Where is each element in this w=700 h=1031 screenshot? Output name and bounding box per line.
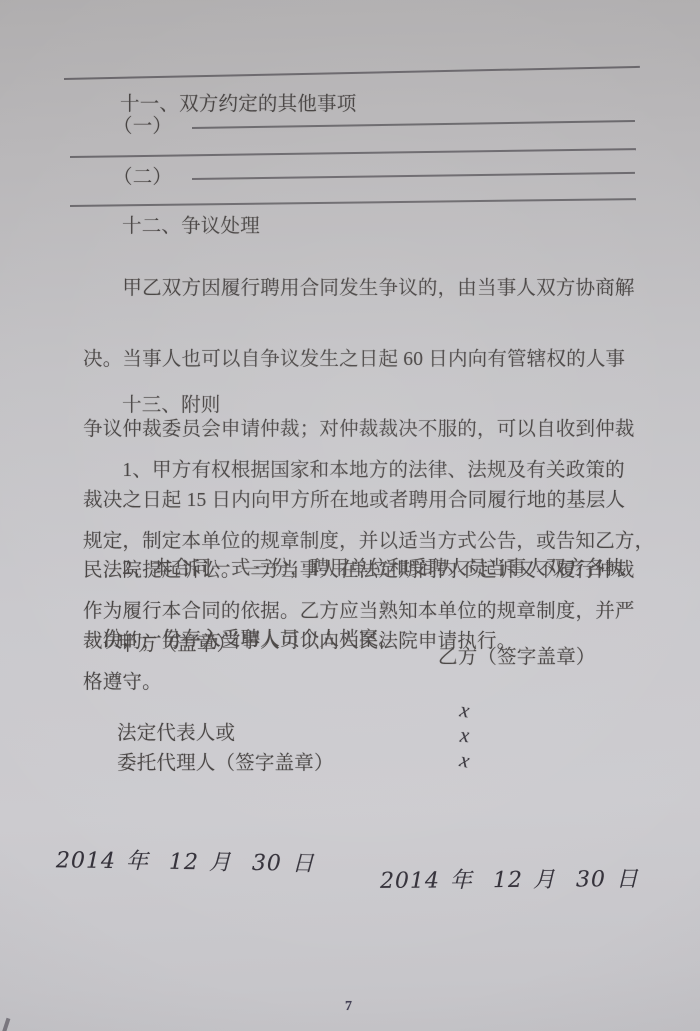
- item-1-blank-line: [192, 120, 635, 129]
- paragraph-line: 1、甲方有权根据国家和本地方的法律、法规及有关政策的: [83, 458, 654, 485]
- paragraph-line: 2、本合同一式三份，聘用单位和受聘人员当事人双方各执: [83, 556, 625, 583]
- paragraph-line: 决。当事人也可以自争议发生之日起 60 日内向有管辖权的人事: [83, 347, 635, 374]
- ruled-line-top: [64, 66, 640, 80]
- item-1-label: （一）: [113, 110, 172, 138]
- party-b-handwritten-date: 2014 年 12 月 30 日: [380, 862, 639, 895]
- paragraph-line: 甲乙双方因履行聘用合同发生争议的，由当事人双方协商解: [83, 276, 635, 303]
- photo-corner-artifact: [2, 1018, 11, 1031]
- party-b-handwritten-signature: x x x: [440, 676, 500, 795]
- section-13-heading: 十三、附则: [122, 389, 221, 417]
- blank-line-b: [70, 198, 636, 207]
- page-number: 7: [345, 999, 352, 1015]
- handwritten-x-mark: x: [459, 723, 470, 749]
- handwritten-x-mark: x: [458, 747, 473, 773]
- section-13-paragraph-2: 2、本合同一式三份，聘用单位和受聘人员当事人双方各执 一份，一份存入受聘人员个人…: [83, 512, 625, 697]
- blank-line-a: [70, 148, 636, 157]
- item-2-blank-line: [192, 172, 635, 180]
- party-a-handwritten-date: 2014 年 12 月 30 日: [56, 843, 315, 878]
- legal-representative-label-line1: 法定代表人或: [117, 717, 235, 745]
- handwritten-x-mark: x: [458, 697, 471, 723]
- legal-representative-label-line2: 委托代理人（签字盖章）: [117, 747, 334, 775]
- item-2-label: （二）: [113, 161, 172, 189]
- party-b-sign-label: 乙方（签字盖章）: [438, 641, 596, 669]
- party-a-seal-label: 甲方（盖章）: [118, 628, 236, 656]
- scanned-contract-page: 十一、双方约定的其他事项 （一） （二） 十二、争议处理 甲乙双方因履行聘用合同…: [0, 0, 700, 1031]
